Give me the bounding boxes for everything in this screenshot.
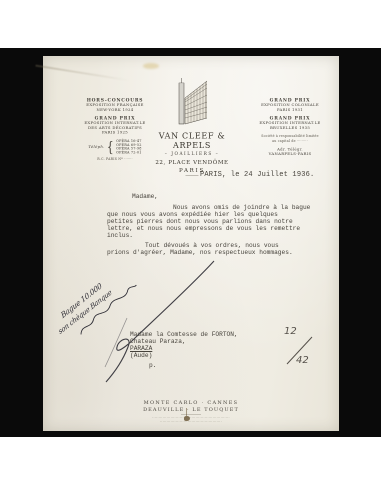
letterhead-footer: MONTE CARLO · CANNES DEAUVILLE · LE TOUQ… [116,400,266,424]
recipient-line: Chateau Paraza, [130,338,238,345]
pencil-number-top: 12 [284,326,297,337]
signature-flourish [43,56,339,431]
recipient-line: (Aude) [130,352,238,359]
footer-rule [181,415,201,416]
recipient-address: Madame la Comtesse de FORTON, Chateau Pa… [130,331,238,359]
footer-fineprint: ········································… [116,417,266,424]
pencil-annotation: 12 42 [279,320,329,370]
photo-black-backdrop: HORS-CONCOURS EXPOSITION FRANÇAISE NEW-Y… [0,48,381,437]
fineprint-line: ········································… [116,420,266,424]
recipient-line: PARAZA [130,345,238,352]
branches-line: DEAUVILLE · LE TOUQUET [116,407,266,413]
pencil-number-bottom: 42 [296,355,309,366]
page-mark: p. [149,362,156,369]
letter-paper: HORS-CONCOURS EXPOSITION FRANÇAISE NEW-Y… [43,56,339,431]
recipient-line: Madame la Comtesse de FORTON, [130,331,238,338]
branches-line: MONTE CARLO · CANNES [116,400,266,406]
scanned-letter-screenshot: HORS-CONCOURS EXPOSITION FRANÇAISE NEW-Y… [0,0,381,492]
